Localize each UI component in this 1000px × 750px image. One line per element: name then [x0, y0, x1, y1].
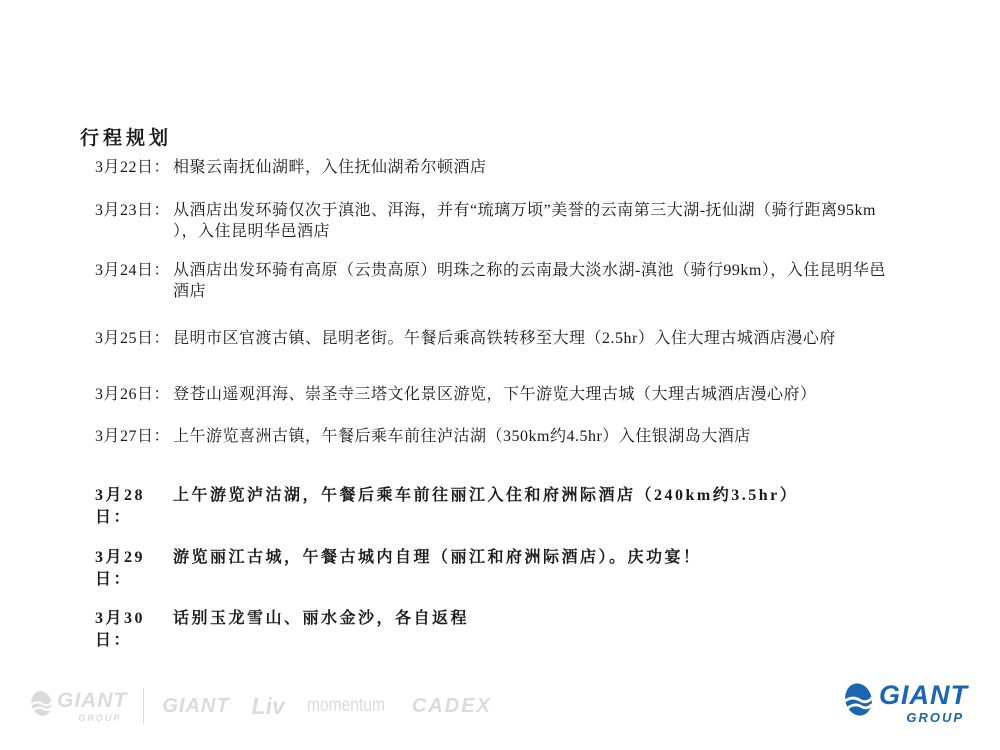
itinerary-text: 上午游览泸沽湖，午餐后乘车前往丽江入住和府洲际酒店（240km约3.5hr） — [173, 485, 955, 507]
giant-globe-icon — [30, 690, 53, 722]
itinerary-date: 3月28日： — [95, 485, 173, 529]
giant-globe-icon — [843, 682, 874, 722]
brand-wordmarks: GIANT Liv momentum CADEX — [162, 693, 492, 720]
itinerary-row: 3月26日： 登苍山遥观洱海、崇圣寺三塔文化景区游览，下午游览大理古城（大理古城… — [95, 384, 955, 405]
itinerary-date: 3月30日： — [95, 608, 173, 652]
giant-group-sub: GROUP — [906, 710, 964, 725]
itinerary-row: 3月27日： 上午游览喜洲古镇，午餐后乘车前往泸沽湖（350km约4.5hr）入… — [95, 426, 955, 447]
giant-group-wordmark: GIANT — [879, 682, 968, 708]
giant-brand-wordmark: GIANT — [162, 695, 229, 718]
footer-brand-bar: GIANT GROUP GIANT Liv momentum CADEX — [30, 686, 492, 726]
giant-group-sub: GROUP — [78, 713, 121, 723]
itinerary-date: 3月25日： — [95, 328, 173, 349]
itinerary-date: 3月23日： — [95, 200, 173, 221]
itinerary-date: 3月26日： — [95, 384, 173, 405]
itinerary-row: 3月30日： 话别玉龙雪山、丽水金沙，各自返程 — [95, 608, 955, 652]
cadex-brand-wordmark: CADEX — [412, 695, 492, 718]
itinerary-text: 从酒店出发环骑有高原（云贵高原）明珠之称的云南最大淡水湖-滇池（骑行99km），… — [173, 260, 955, 302]
itinerary-text: 游览丽江古城，午餐古城内自理（丽江和府洲际酒店）。庆功宴！ — [173, 547, 955, 569]
itinerary-date: 3月22日： — [95, 157, 173, 178]
momentum-brand-wordmark: momentum — [307, 695, 385, 717]
itinerary-text: 上午游览喜洲古镇，午餐后乘车前往泸沽湖（350km约4.5hr）入住银湖岛大酒店 — [173, 426, 955, 447]
itinerary-row: 3月22日： 相聚云南抚仙湖畔，入住抚仙湖希尔顿酒店 — [95, 157, 955, 178]
presentation-slide: 行程规划 3月22日： 相聚云南抚仙湖畔，入住抚仙湖希尔顿酒店 3月23日： 从… — [0, 0, 1000, 750]
liv-brand-wordmark: Liv — [252, 693, 285, 720]
itinerary-date: 3月24日： — [95, 260, 173, 281]
itinerary-row: 3月29日： 游览丽江古城，午餐古城内自理（丽江和府洲际酒店）。庆功宴！ — [95, 547, 955, 591]
giant-group-logo-blue: GIANT GROUP — [843, 682, 968, 725]
itinerary-text: 从酒店出发环骑仅次于滇池、洱海，并有“琉璃万顷”美誉的云南第三大湖-抚仙湖（骑行… — [173, 200, 955, 242]
itinerary-row: 3月23日： 从酒店出发环骑仅次于滇池、洱海，并有“琉璃万顷”美誉的云南第三大湖… — [95, 200, 955, 242]
itinerary-text: 话别玉龙雪山、丽水金沙，各自返程 — [173, 608, 955, 630]
itinerary-date: 3月27日： — [95, 426, 173, 447]
itinerary-row: 3月28日： 上午游览泸沽湖，午餐后乘车前往丽江入住和府洲际酒店（240km约3… — [95, 485, 955, 529]
itinerary-row: 3月24日： 从酒店出发环骑有高原（云贵高原）明珠之称的云南最大淡水湖-滇池（骑… — [95, 260, 955, 302]
itinerary-text: 登苍山遥观洱海、崇圣寺三塔文化景区游览，下午游览大理古城（大理古城酒店漫心府） — [173, 384, 955, 405]
itinerary-text: 相聚云南抚仙湖畔，入住抚仙湖希尔顿酒店 — [173, 157, 955, 178]
footer-divider — [143, 688, 144, 724]
itinerary-date: 3月29日： — [95, 547, 173, 591]
itinerary-text: 昆明市区官渡古镇、昆明老街。午餐后乘高铁转移至大理（2.5hr）入住大理古城酒店… — [173, 328, 955, 349]
giant-group-logo-gray: GIANT GROUP — [30, 690, 127, 723]
itinerary-row: 3月25日： 昆明市区官渡古镇、昆明老街。午餐后乘高铁转移至大理（2.5hr）入… — [95, 328, 955, 349]
giant-group-wordmark: GIANT — [57, 690, 127, 711]
page-title: 行程规划 — [80, 128, 172, 150]
